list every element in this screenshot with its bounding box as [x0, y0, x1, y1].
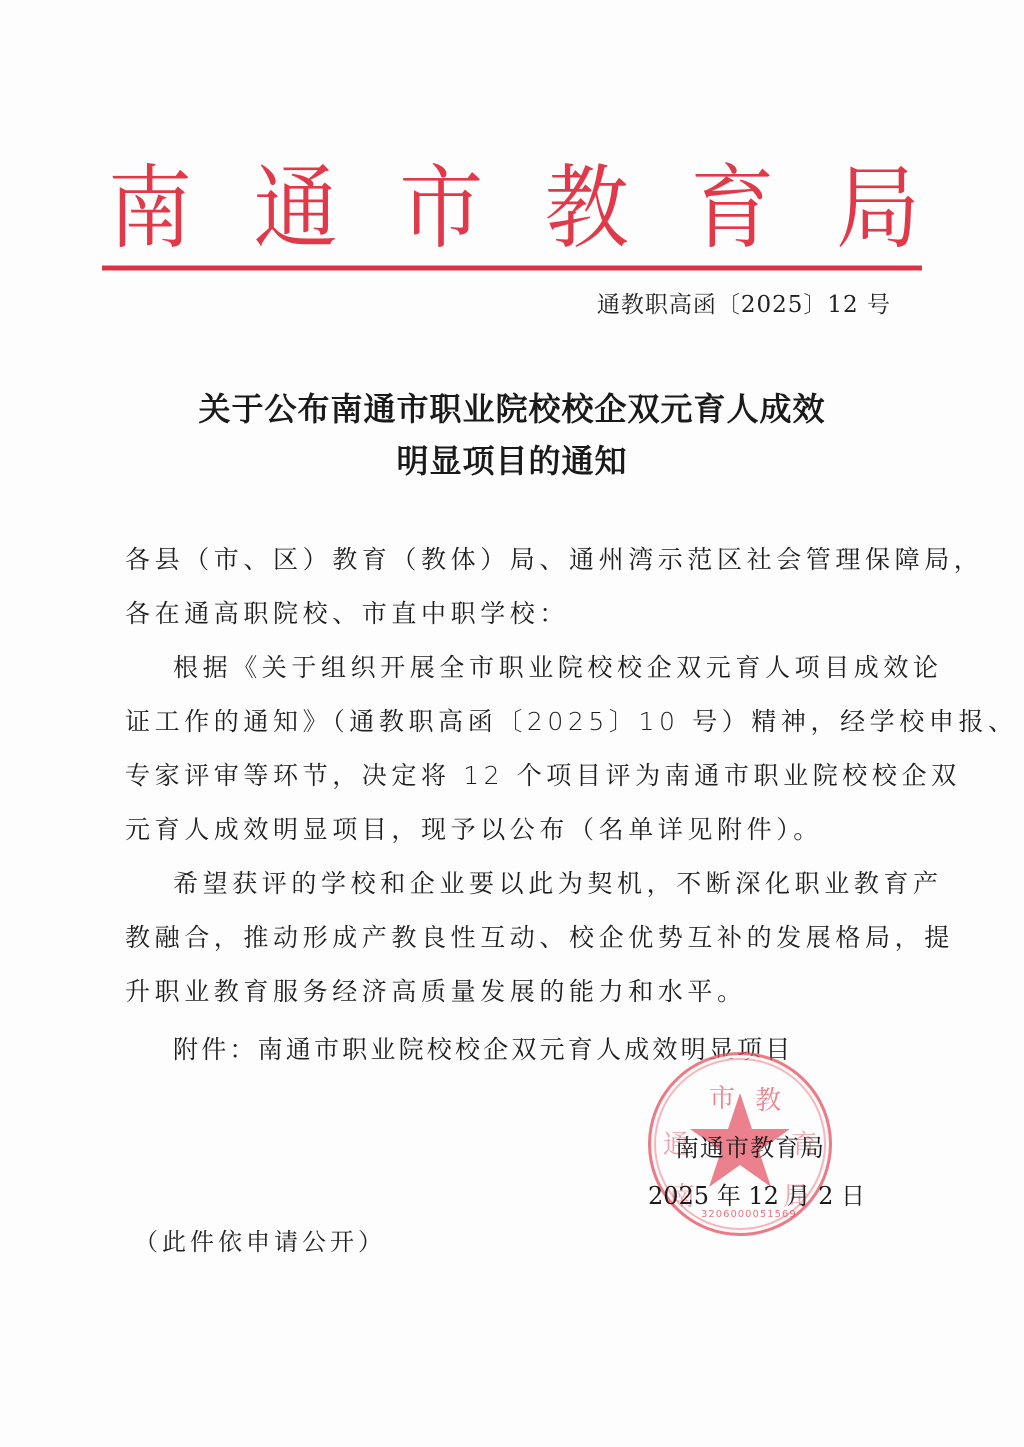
masthead-char: 市	[399, 154, 483, 262]
body-paragraph-line: 希望获评的学校和企业要以此为契机，不断深化职业教育产	[173, 864, 953, 900]
body-paragraph-line: 专家评审等环节，决定将 12 个项目评为南通市职业院校校企双	[125, 756, 905, 792]
body-paragraph-line: 教融合，推动形成产教良性互动、校企优势互补的发展格局，提	[125, 918, 905, 954]
document-number: 通教职高函〔2025〕12 号	[597, 286, 891, 319]
addressee-line: 各在通高职院校、市直中职学校：	[125, 594, 905, 630]
signing-organization: 南通市教育局	[675, 1128, 825, 1163]
masthead-char: 局	[836, 154, 920, 262]
addressee-line: 各县（市、区）教育（教体）局、通州湾示范区社会管理保障局，	[125, 540, 905, 576]
masthead-char: 通	[254, 154, 338, 262]
masthead-char: 育	[690, 154, 774, 262]
body-paragraph-line: 元育人成效明显项目，现予以公布（名单详见附件）。	[125, 810, 905, 846]
svg-text:教: 教	[755, 1086, 781, 1116]
disclosure-note: （此件依申请公开）	[134, 1222, 386, 1257]
document-title-line-2: 明显项目的通知	[100, 436, 924, 482]
body-paragraph-line: 升职业教育服务经济高质量发展的能力和水平。	[125, 972, 905, 1008]
masthead-char: 教	[545, 154, 629, 262]
document-page: 南 通 市 教 育 局 通教职高函〔2025〕12 号 关于公布南通市职业院校校…	[0, 0, 1024, 1447]
document-title-line-1: 关于公布南通市职业院校校企双元育人成效	[100, 384, 924, 430]
svg-text:市: 市	[709, 1084, 735, 1114]
masthead-char: 南	[108, 154, 192, 262]
signing-date: 2025 年 12 月 2 日	[648, 1176, 865, 1211]
red-divider	[102, 265, 922, 271]
body-paragraph-line: 根据《关于组织开展全市职业院校校企双元育人项目成效论	[173, 648, 953, 684]
body-paragraph-line: 证工作的通知》（通教职高函〔2025〕10 号）精神，经学校申报、	[125, 702, 905, 738]
issuer-masthead: 南 通 市 教 育 局	[108, 158, 920, 258]
